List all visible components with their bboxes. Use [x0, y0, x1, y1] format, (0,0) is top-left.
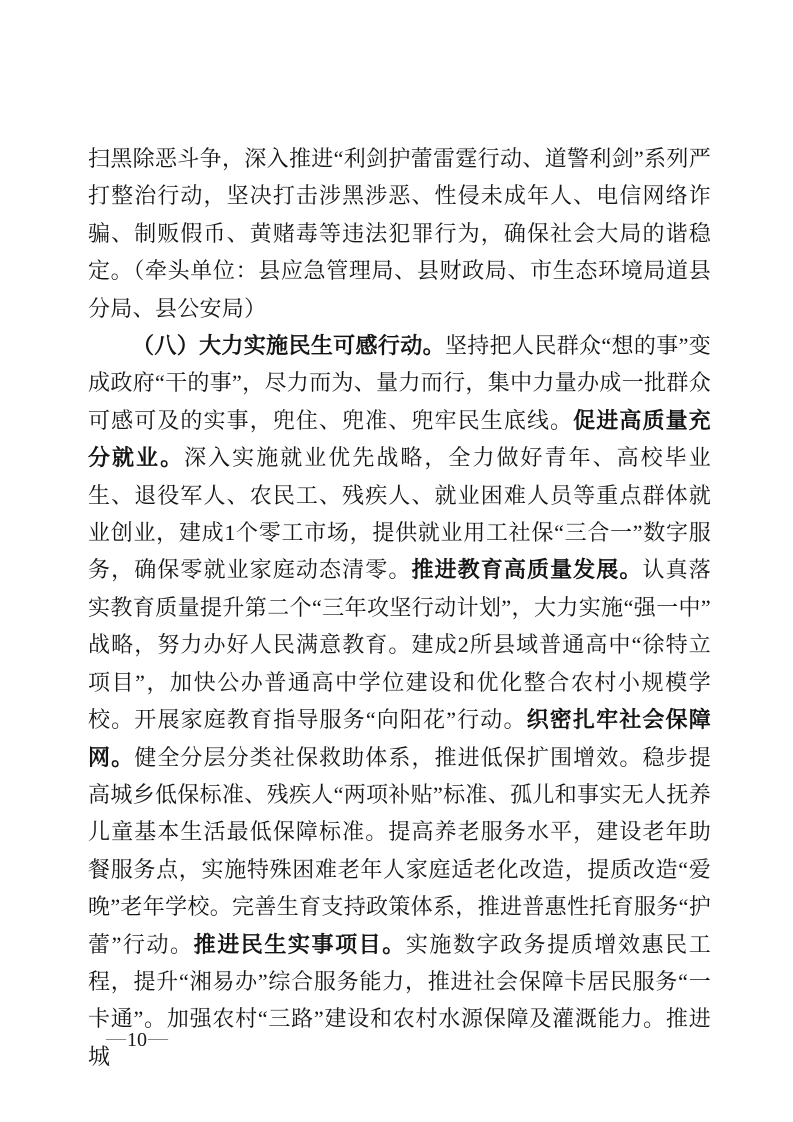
paragraph: 扫黑除恶斗争，深入推进“利剑护蕾雷霆行动、道警利剑”系列严打整治行动，坚决打击涉… [88, 140, 711, 327]
page-number-dash-left: — [106, 1027, 126, 1049]
text-run: 健全分层分类社保救助体系，推进低保扩围增效。稳步提高城乡低保标准、残疾人“两项补… [88, 745, 711, 957]
bold-heading-run: （八）大力实施民生可感行动。 [132, 333, 445, 358]
paragraph: （八）大力实施民生可感行动。坚持把人民群众“想的事”变成政府“干的事”，尽力而为… [88, 327, 711, 1075]
bold-heading-run: 推进民生实事项目。 [194, 932, 406, 957]
page-number-dash-right: — [148, 1027, 168, 1049]
text-run: 扫黑除恶斗争，深入推进“利剑护蕾雷霆行动、道警利剑”系列严打整治行动，坚决打击涉… [88, 146, 711, 321]
page-number: —10— [106, 1029, 168, 1052]
bold-heading-run: 推进教育高质量发展。 [411, 557, 642, 582]
document-body: 扫黑除恶斗争，深入推进“利剑护蕾雷霆行动、道警利剑”系列严打整治行动，坚决打击涉… [88, 140, 711, 1075]
text-run: 认真落实教育质量提升第二个“三年攻坚行动计划”，大力实施“强一中”战略，努力办好… [88, 557, 711, 732]
page-number-value: 10 [126, 1029, 148, 1051]
document-page: 扫黑除恶斗争，深入推进“利剑护蕾雷霆行动、道警利剑”系列严打整治行动，坚决打击涉… [0, 0, 793, 1122]
